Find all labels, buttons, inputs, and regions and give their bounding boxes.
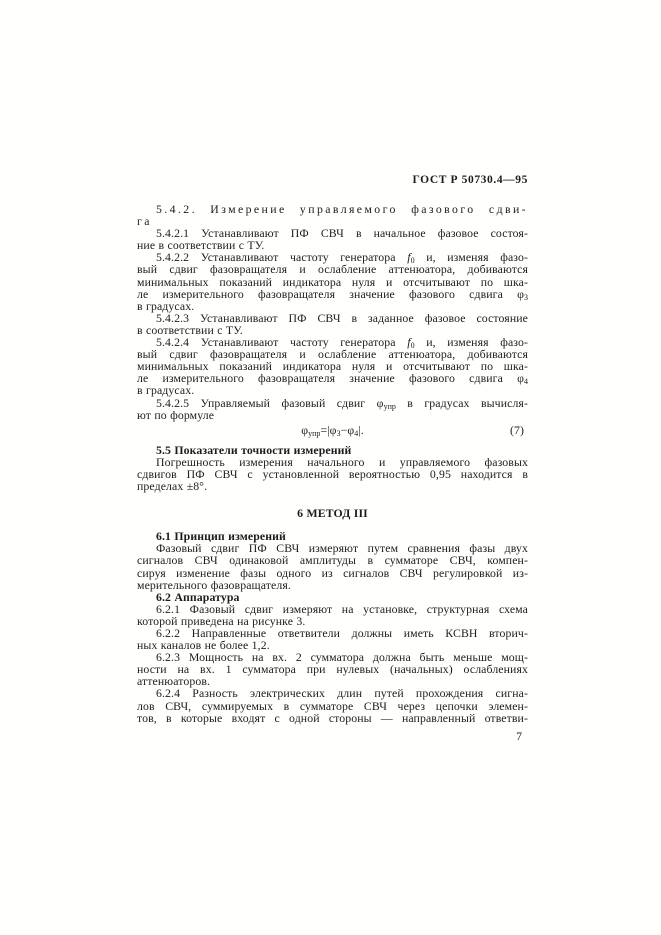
text-line: 6 МЕТОД III — [137, 507, 528, 519]
clause-5-4-2-3: 5.4.2.3 Устанавливают ПФ СВЧ в заданное … — [137, 312, 528, 336]
text-line: сигналов СВЧ одинаковой амплитуды в сумм… — [137, 554, 528, 566]
clause-6-2-3: 6.2.3 Мощность на вх. 2 сумматора должна… — [137, 651, 528, 687]
text-line: мерительного фазовращателя. — [137, 579, 528, 591]
clause-5-4-2-4: 5.4.2.4 Устанавливают частоту генератора… — [137, 336, 528, 396]
clause-5-4-2-2: 5.4.2.2 Устанавливают частоту генератора… — [137, 251, 528, 311]
formula-text: φупр=|φ3−φ4|. — [301, 424, 364, 436]
text-line: 6.2.4 Разность электрических длин путей … — [137, 687, 528, 699]
formula-7: φупр=|φ3−φ4|.(7) — [137, 424, 528, 436]
clause-6-2-2: 6.2.2 Направленные ответвители должны им… — [137, 627, 528, 651]
clause-5-5-text: Погрешность измерения начального и управ… — [137, 456, 528, 492]
text-line: ле измерительного фазовращателя значение… — [137, 288, 528, 300]
page-number: 7 — [137, 729, 522, 744]
clause-6-2-1: 6.2.1 Фазовый сдвиг измеряют на установк… — [137, 603, 528, 627]
text-line: пределах ±8°. — [137, 480, 528, 492]
clause-5-4-2-5: 5.4.2.5 Управляемый фазовый сдвиг φупр в… — [137, 397, 528, 421]
text-line: 5.4.2. Измерение управляемого фазового с… — [137, 203, 528, 215]
text-line: 5.4.2.5 Управляемый фазовый сдвиг φупр в… — [137, 397, 528, 409]
clause-5-4-2-heading: 5.4.2. Измерение управляемого фазового с… — [137, 203, 528, 227]
text-line: вый сдвиг фазовращателя и ослабление атт… — [137, 263, 528, 275]
clause-5-4-2-1: 5.4.2.1 Устанавливают ПФ СВЧ в начальное… — [137, 227, 528, 251]
document-page: ГОСТ Р 50730.4—95 5.4.2. Измерение управ… — [0, 0, 661, 935]
text-line: ле измерительного фазовращателя значение… — [137, 372, 528, 384]
text-line: ют по формуле — [137, 409, 528, 421]
running-header: ГОСТ Р 50730.4—95 — [137, 174, 528, 186]
text-line: тов, в которые входят с одной стороны — … — [137, 712, 528, 724]
text-line: сируя изменение фазы одного из сигналов … — [137, 567, 528, 579]
section-6-heading: 6 МЕТОД III — [137, 507, 528, 519]
clause-6-2-heading: 6.2 Аппаратура — [137, 591, 528, 603]
text-line: лов СВЧ, суммируемых в сумматоре СВЧ чер… — [137, 700, 528, 712]
text-line: минимальных показаний индикатора нуля и … — [137, 276, 528, 288]
formula-number: (7) — [510, 424, 524, 436]
text-line: 6.2 Аппаратура — [137, 591, 528, 603]
clause-6-2-4: 6.2.4 Разность электрических длин путей … — [137, 687, 528, 723]
text-line: в градусах. — [137, 384, 528, 396]
document-body: 5.4.2. Измерение управляемого фазового с… — [137, 203, 528, 724]
clause-6-1-text: Фазовый сдвиг ПФ СВЧ измеряют путем срав… — [137, 542, 528, 590]
